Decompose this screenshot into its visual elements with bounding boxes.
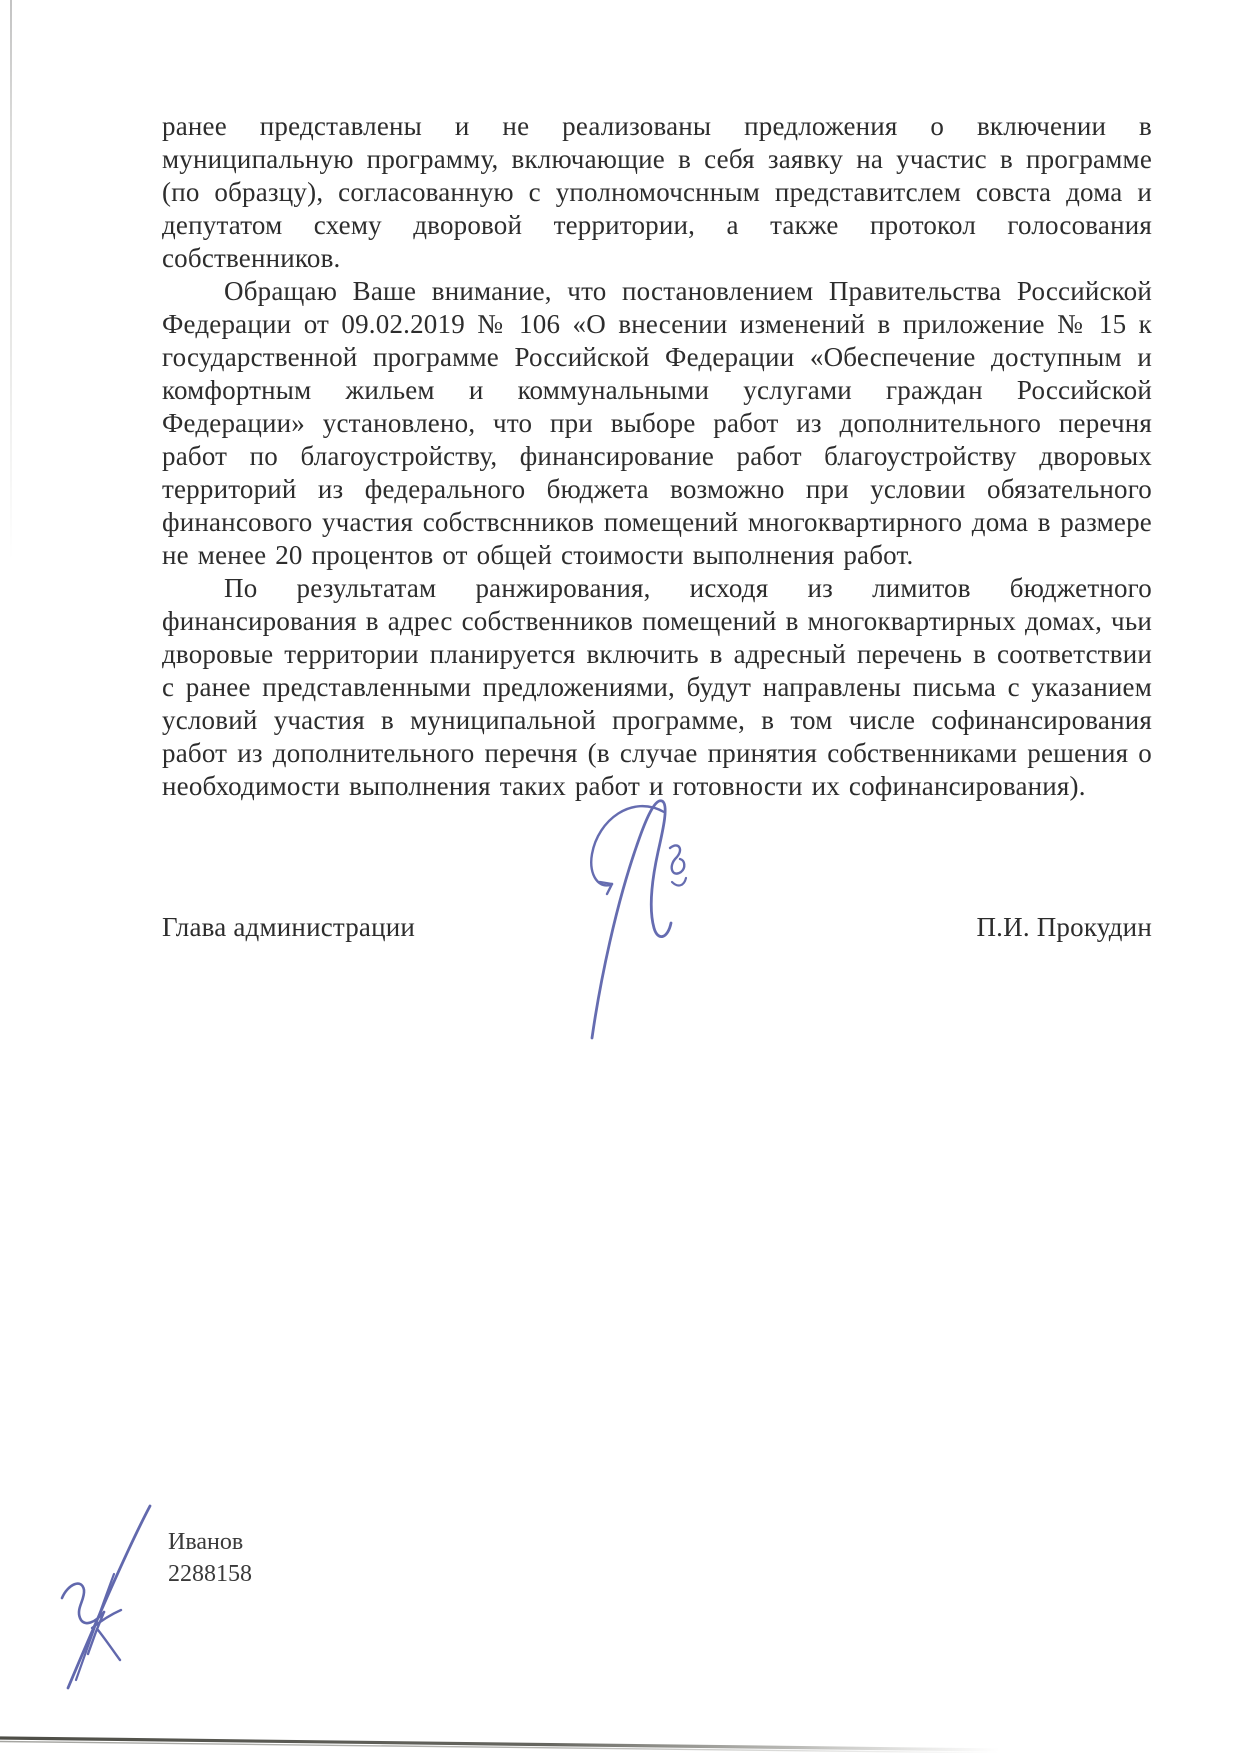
official-title: Глава администрации [162, 912, 415, 943]
letter-body: ранее представлены и не реализованы пред… [162, 110, 1152, 803]
signer-name: П.И. Прокудин [976, 912, 1152, 943]
executor-phone: 2288158 [168, 1558, 252, 1590]
signature-ink [552, 786, 708, 1046]
paragraph-notice: Обращаю Ваше внимание, что постановление… [162, 275, 1152, 572]
document-page: ранее представлены и не реализованы пред… [0, 0, 1242, 1753]
executor-block: Иванов 2288158 [168, 1526, 252, 1590]
executor-signature-ink [46, 1500, 162, 1696]
executor-name: Иванов [168, 1526, 252, 1558]
scan-left-edge-artifact [10, 0, 12, 560]
scan-bottom-edge-artifact [0, 1728, 1242, 1753]
paragraph-continuation: ранее представлены и не реализованы пред… [162, 110, 1152, 275]
paragraph-ranking: По результатам ранжирования, исходя из л… [162, 572, 1152, 803]
